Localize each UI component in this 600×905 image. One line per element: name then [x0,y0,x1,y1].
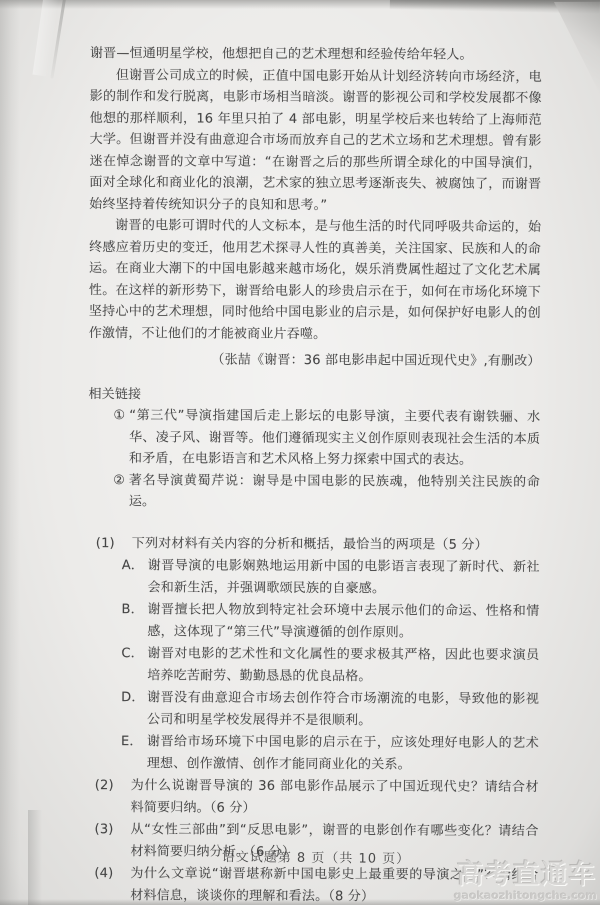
watermark-logo: 高考直通车 [454,862,597,888]
option-text: 谢晋给市场环境下中国电影的启示在于，应该处理好电影人的艺术理想、创作激情、创作才… [147,731,539,776]
option-e: E． 谢晋给市场环境下中国电影的启示在于，应该处理好电影人的艺术理想、创作激情、… [121,731,539,776]
list-marker: ② [113,470,129,513]
related-link-text: “第三代”导演指建国后走上影坛的电影导演，主要代表有谢铁骊、水华、凌子风、谢晋等… [129,405,540,471]
option-c: C． 谢晋对电影的艺术性和文化属性的要求极其严格，因此也要求演员培养吃苦耐劳、勤… [121,643,539,688]
source-citation: （张喆《谢晋：36 部电影串起中国近现代史》,有删改） [89,349,541,372]
related-link-text: 著名导演黄蜀芹说：谢导是中国电影的民族魂，他特别关注民族的命运。 [129,470,540,515]
question-number: (1) [96,533,132,555]
option-label: D． [121,687,147,730]
question-text: 为什么说谢晋导演的 36 部电影作品展示了中国近现代史？请结合材料简要归纳。（6… [131,775,539,820]
question-number: (2) [95,775,131,818]
option-text: 谢晋导演的电影娴熟地运用新中国的电影语言表现了新时代、新社会和新生活，并强调歌颂… [148,555,540,600]
question-number: (4) [94,863,130,905]
watermark-url: gaokaozhitongche.com [454,890,597,901]
related-links-section: 相关链接 ① “第三代”导演指建国后走上影坛的电影导演，主要代表有谢铁骊、水华、… [88,384,541,515]
option-label: C． [121,643,147,686]
option-text: 谢晋对电影的艺术性和文化属性的要求极其严格，因此也要求演员培养吃苦耐劳、勤勤恳恳… [147,643,539,688]
body-paragraph: 谢晋—恒通明星学校，他想把自己的艺术理想和经验传给年轻人。 [90,43,542,66]
option-d: D． 谢晋没有曲意迎合市场去创作符合市场潮流的电影，导致他的影视公司和明星学校发… [121,687,539,732]
option-label: B． [121,599,147,642]
option-label: A． [122,555,148,598]
page-corner-fold [554,2,600,94]
question-text: 下列对材料有关内容的分析和概括，最恰当的两项是（5 分） [132,533,540,556]
list-marker: ① [113,405,129,470]
body-paragraph: 但谢晋公司成立的时候，正值中国电影开始从计划经济转向市场经济，电影的制作和发行脱… [89,65,542,217]
option-label: E． [121,731,147,774]
scanned-exam-page: 谢晋—恒通明星学校，他想把自己的艺术理想和经验传给年轻人。 但谢晋公司成立的时候… [0,0,600,905]
option-text: 谢晋擅长把人物放到特定社会环境中去展示他们的命运、性格和情感，这体现了“第三代”… [147,599,539,644]
body-paragraph: 谢晋的电影可谓时代的人文标本，是与他生活的时代同呼吸共命运的，始终感应着历史的变… [89,215,542,346]
question-2: (2) 为什么说谢晋导演的 36 部电影作品展示了中国近现代史？请结合材料简要归… [95,775,539,820]
related-link-item: ② 著名导演黄蜀芹说：谢导是中国电影的民族魂，他特别关注民族的命运。 [113,470,540,515]
related-link-item: ① “第三代”导演指建国后走上影坛的电影导演，主要代表有谢铁骊、水华、凌子风、谢… [113,405,540,471]
option-a: A． 谢晋导演的电影娴熟地运用新中国的电影语言表现了新时代、新社会和新生活，并强… [122,555,540,600]
page-content: 谢晋—恒通明星学校，他想把自己的艺术理想和经验传给年轻人。 但谢晋公司成立的时候… [86,43,542,905]
scan-left-edge [0,0,20,905]
related-links-heading: 相关链接 [88,384,540,407]
watermark: 高考直通车 gaokaozhitongche.com [454,862,597,901]
question-1: (1) 下列对材料有关内容的分析和概括，最恰当的两项是（5 分） [96,533,540,556]
scan-left-edge-shadow [28,810,42,905]
option-text: 谢晋没有曲意迎合市场去创作符合市场潮流的电影，导致他的影视公司和明星学校发展得并… [147,687,539,732]
option-b: B． 谢晋擅长把人物放到特定社会环境中去展示他们的命运、性格和情感，这体现了“第… [121,599,539,644]
